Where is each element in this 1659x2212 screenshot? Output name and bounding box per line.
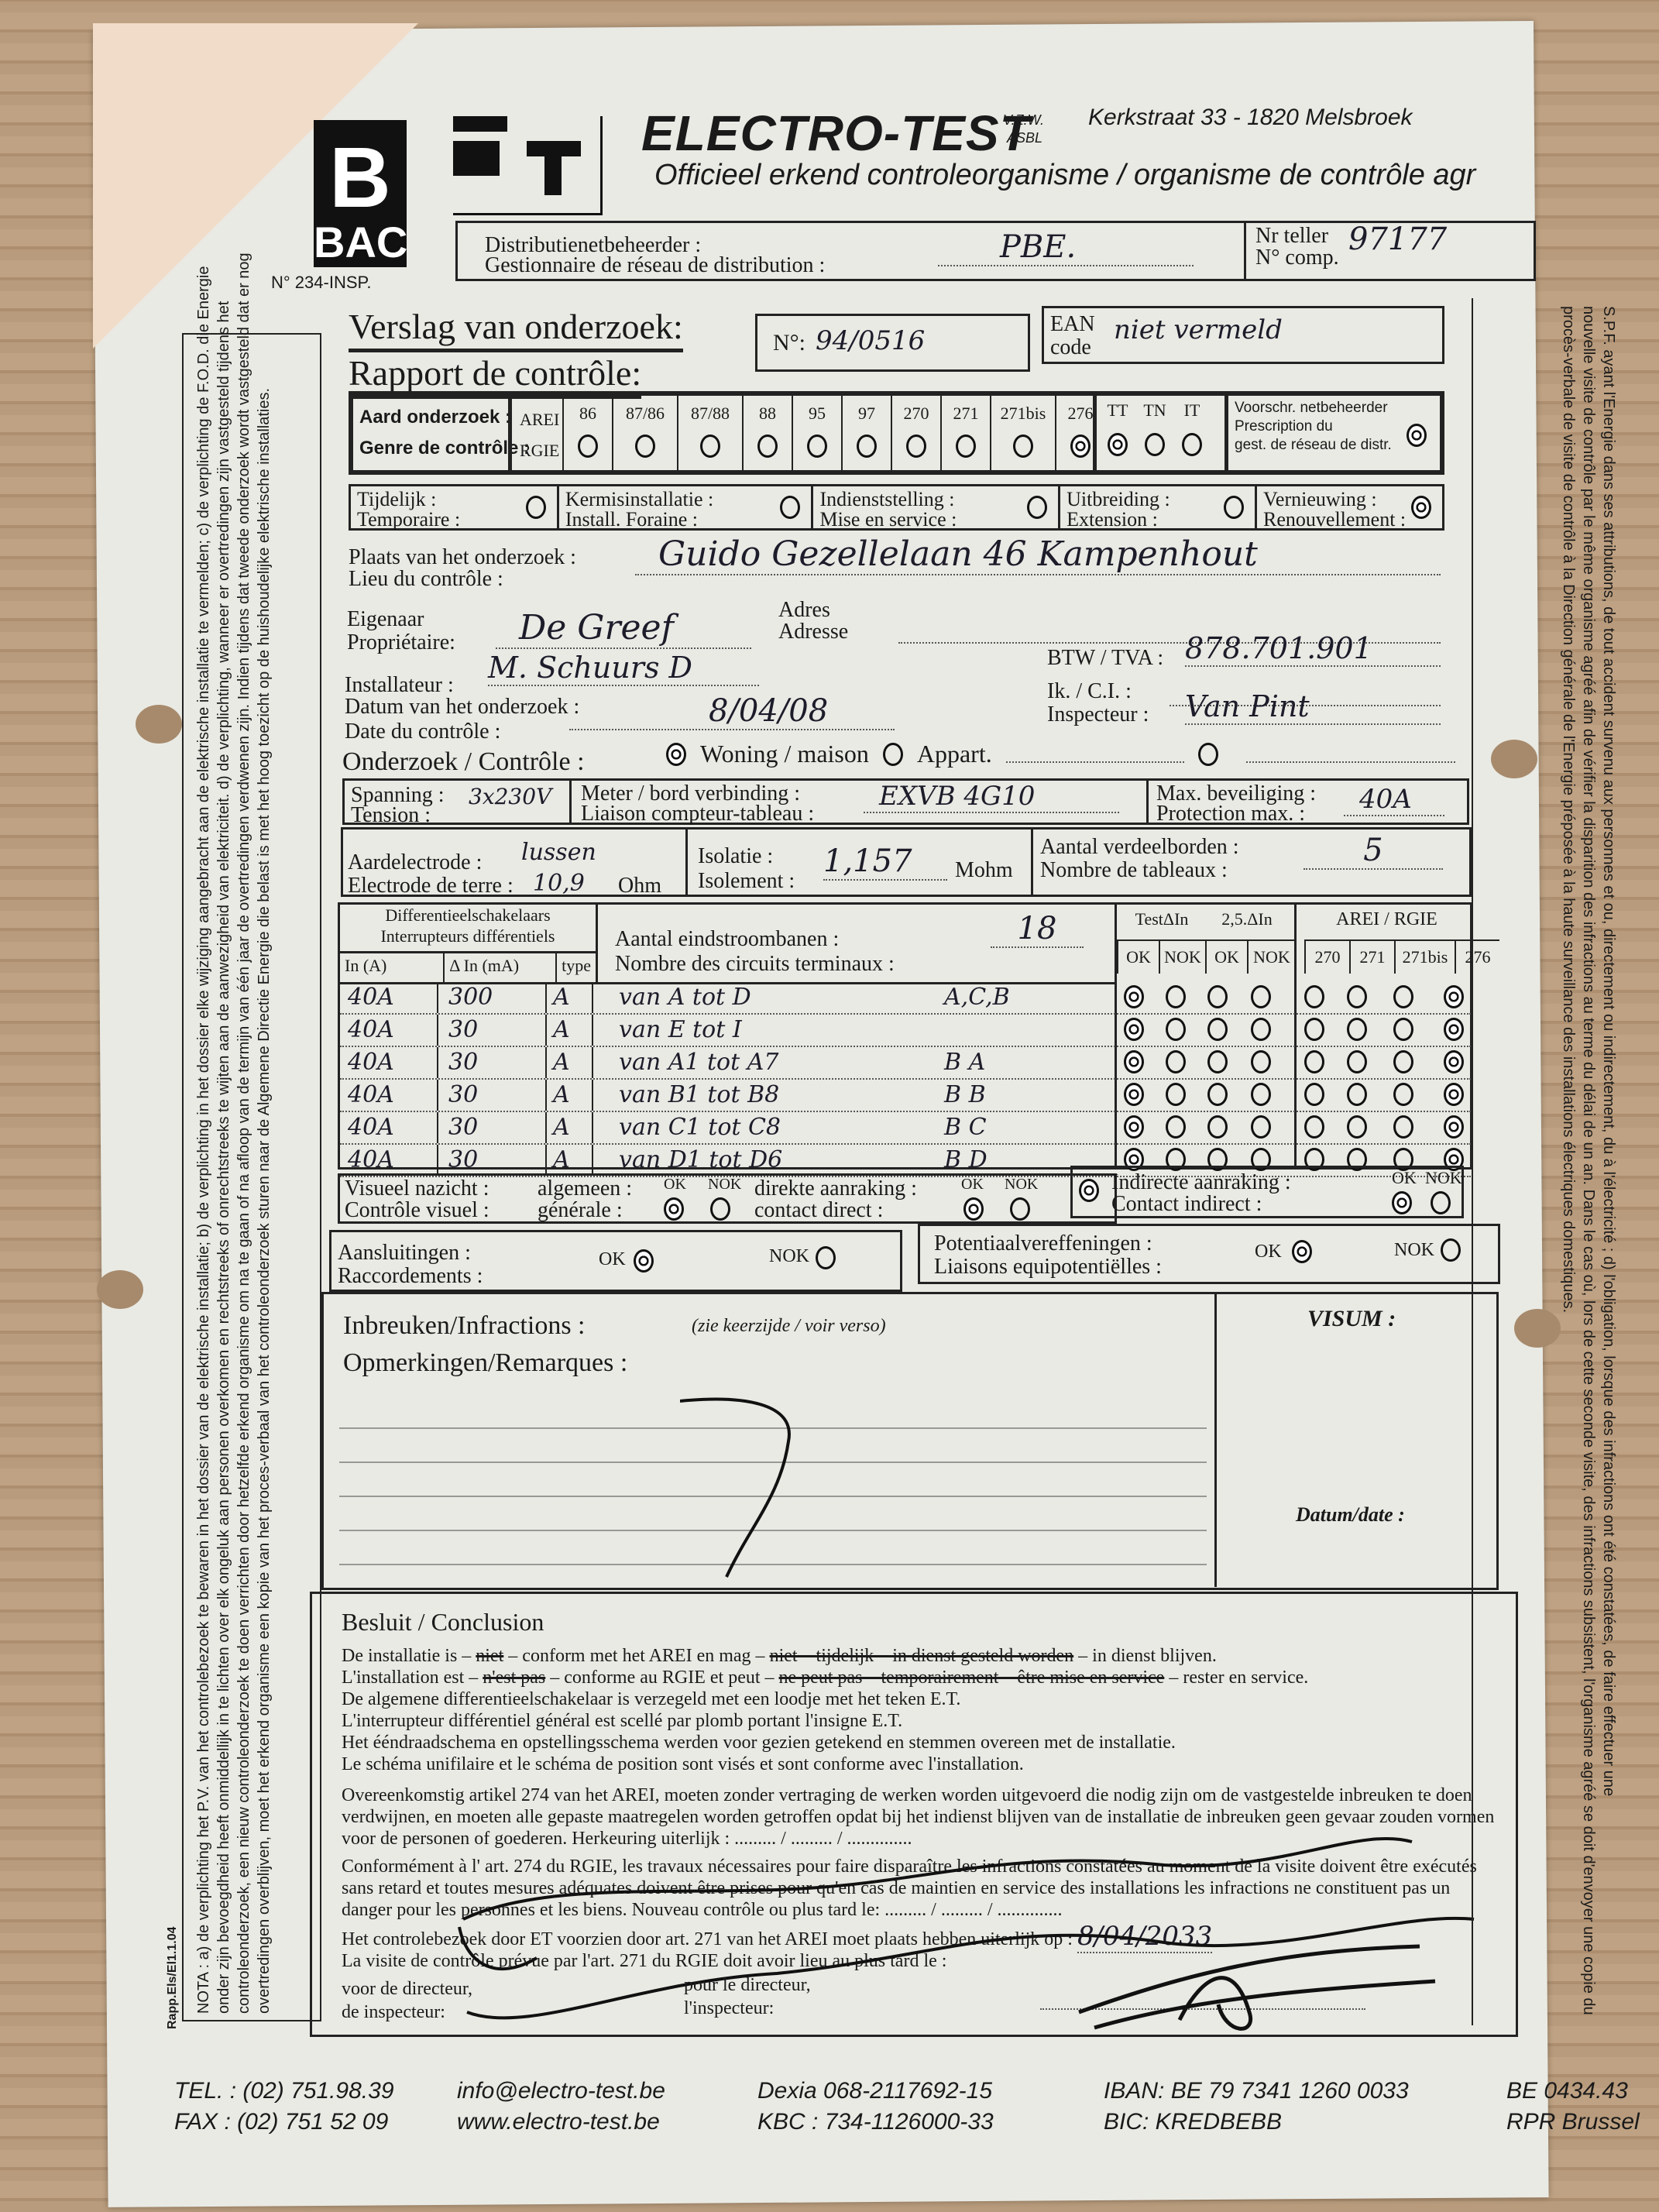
rcd-check-radio[interactable]	[1347, 1018, 1367, 1041]
rcd-type[interactable]: A	[553, 1049, 584, 1076]
control-date-value[interactable]: 8/04/08	[569, 693, 895, 730]
rcd-subheader: NOK	[1247, 939, 1295, 974]
rcd-section: DifferentieelschakelaarsInterrupteurs di…	[338, 902, 1472, 1170]
rcd-in[interactable]: 40A	[348, 1114, 402, 1141]
control-type-radio[interactable]	[578, 434, 598, 458]
ean-code-label: code	[1050, 336, 1091, 359]
rcd-check-radio[interactable]	[1124, 1083, 1144, 1106]
rcd-title: DifferentieelschakelaarsInterrupteurs di…	[340, 905, 598, 953]
rcd-check-radio[interactable]	[1251, 1083, 1271, 1106]
vat-label: BTW / TVA :	[1047, 647, 1163, 670]
footer-vat: BE 0434.43RPR Brussel	[1506, 2076, 1640, 2138]
control-type-radio[interactable]	[1013, 434, 1033, 458]
circuits-count-value[interactable]: 18	[991, 911, 1084, 948]
control-type-option: 276	[1055, 396, 1104, 470]
rcd-row: 40A30Avan C1 tot C8B C	[340, 1112, 1471, 1145]
control-kind-radio[interactable]	[1198, 743, 1218, 766]
rcd-row: 40A30Avan E tot I	[340, 1015, 1471, 1047]
col-in: In (A)	[340, 951, 445, 982]
rcd-in[interactable]: 40A	[348, 1081, 402, 1108]
installation-type-option[interactable]: Kermisinstallatie :Install. Foraine :	[559, 486, 814, 528]
installation-type-radio[interactable]	[526, 496, 546, 519]
indirect-ok-radio[interactable]	[1392, 1191, 1412, 1214]
accreditation-number: N° 234-INSP.	[271, 273, 371, 293]
inspector-label: Inspecteur :	[1047, 703, 1149, 726]
direct-nok-radio[interactable]	[1010, 1197, 1030, 1221]
equipotential-box: Potentiaalvereffeningen : Liaisons equip…	[918, 1224, 1500, 1284]
punch-hole	[1514, 1309, 1561, 1348]
col-type: type	[557, 951, 596, 982]
rcd-check-radio[interactable]	[1207, 1083, 1228, 1106]
distribution-operator-value[interactable]: PBE.	[938, 229, 1194, 266]
direct-ok-radio[interactable]	[963, 1197, 984, 1221]
general-ok-radio[interactable]	[664, 1197, 684, 1221]
right-note-divider	[1472, 298, 1473, 2025]
installation-type-option[interactable]: Indienststelling :Mise en service :	[813, 486, 1060, 528]
indirect-contact-box: Indirecte aanraking : Contact indirect :…	[1070, 1166, 1464, 1218]
rcd-check-radio[interactable]	[1444, 1115, 1464, 1139]
infractions-title: Inbreuken/Infractions :	[343, 1311, 586, 1341]
bac-accreditation-logo: B BAC	[314, 120, 407, 267]
rcd-din[interactable]: 30	[448, 1049, 510, 1076]
meter-number-label-fr: N° comp.	[1255, 246, 1339, 270]
connections-ok-radio[interactable]	[634, 1249, 654, 1273]
rcd-din[interactable]: 30	[448, 1146, 510, 1173]
vat-value[interactable]: 878.701.901	[1185, 631, 1441, 667]
control-type-option: 87/86	[612, 396, 677, 470]
control-type-option: 271	[940, 396, 990, 470]
equipotential-ok-radio[interactable]	[1292, 1240, 1312, 1263]
signature-nl: voor de directeur,de inspecteur:	[342, 1977, 472, 2024]
left-nota: NOTA : a) de verplichting het P.V. van h…	[194, 341, 274, 2014]
rcd-check-radio[interactable]	[1393, 1018, 1413, 1041]
rcd-subheaders: OKNOKOKNOK270271271bis276	[1117, 939, 1499, 974]
rcd-din[interactable]: 300	[448, 984, 510, 1011]
rcd-row: 40A30Avan A1 tot A7B A	[340, 1047, 1471, 1080]
rcd-desc[interactable]: van E tot I	[619, 1016, 913, 1043]
rcd-check-radio[interactable]	[1207, 1050, 1228, 1073]
distribution-box: Distributienetbeheerder : Gestionnaire d…	[455, 221, 1536, 281]
direct-contact-label-fr: contact direct :	[754, 1199, 883, 1222]
ean-code-value[interactable]: niet vermeld	[1114, 314, 1283, 345]
earthing-radio[interactable]	[1145, 433, 1165, 456]
earthing-option: TN	[1142, 400, 1168, 456]
rcd-board[interactable]: A,C,B	[944, 984, 1060, 1011]
punch-hole	[97, 1270, 143, 1309]
address-label-nl: Adres	[778, 599, 830, 622]
punch-hole	[136, 705, 182, 744]
rcd-in[interactable]: 40A	[348, 1146, 402, 1173]
owner-value[interactable]: De Greef	[496, 608, 751, 649]
rcd-check-radio[interactable]	[1304, 1083, 1324, 1106]
meter-link-label-fr: Liaison compteur-tableau :	[581, 802, 814, 826]
rcd-desc[interactable]: van B1 tot B8	[619, 1081, 913, 1108]
equipotential-label-fr: Liaisons equipotentiëlles :	[934, 1255, 1162, 1279]
rcd-check-radio[interactable]	[1444, 1050, 1464, 1073]
control-type-option: 95	[792, 396, 841, 470]
rcd-rows: 40A300Avan A tot DA,C,B40A30Avan E tot I…	[340, 982, 1471, 1177]
form-code: Rapp.Els/El1.1.04	[163, 1926, 183, 2029]
prescription-label: Voorschr. netbeheerder Prescription du g…	[1235, 399, 1392, 455]
control-type-radio[interactable]	[757, 434, 778, 458]
report-number-label: N°:	[773, 330, 805, 356]
remarks-title: Opmerkingen/Remarques :	[343, 1348, 627, 1378]
org-subtitle: Officieel erkend controleorganisme / org…	[654, 159, 1475, 192]
rcd-desc[interactable]: van D1 tot D6	[619, 1146, 913, 1173]
insulation-label-nl: Isolatie :	[698, 845, 773, 868]
rcd-check-radio[interactable]	[1251, 1115, 1271, 1139]
rcd-check-radio[interactable]	[1251, 1050, 1271, 1073]
prescription-radio[interactable]	[1407, 424, 1427, 447]
earth-resistance-unit: Ohm	[618, 874, 661, 898]
address-label-fr: Adresse	[778, 620, 848, 644]
report-title-nl: Verslag van onderzoek:	[349, 306, 683, 352]
rcd-din[interactable]: 30	[448, 1081, 510, 1108]
rcd-row: 40A300Avan A tot DA,C,B	[340, 982, 1471, 1015]
visual-label-nl: Visueel nazicht :	[345, 1177, 489, 1200]
rcd-row: 40A30Avan B1 tot B8B B	[340, 1080, 1471, 1112]
installation-type-option[interactable]: Vernieuwing :Renouvellement :	[1257, 486, 1442, 528]
installation-type-option[interactable]: Uitbreiding :Extension :	[1060, 486, 1257, 528]
earth-electrode-type[interactable]: lussen	[521, 839, 596, 866]
general-label-fr: générale :	[538, 1199, 623, 1222]
rcd-check-radio[interactable]	[1207, 1018, 1228, 1041]
rcd-check-radio[interactable]	[1347, 985, 1367, 1008]
rcd-type[interactable]: A	[553, 1081, 584, 1108]
rcd-desc[interactable]: van A tot D	[619, 984, 913, 1011]
inspector-signature[interactable]	[1048, 1927, 1451, 2035]
arei-label: AREI	[520, 410, 559, 430]
max-protection-label-fr: Protection max. :	[1156, 802, 1305, 826]
rcd-check-radio[interactable]	[1304, 1050, 1324, 1073]
location-label-fr: Lieu du contrôle :	[349, 568, 503, 591]
remarks-strike-mark	[680, 1395, 804, 1581]
rcd-check-radio[interactable]	[1347, 1083, 1367, 1106]
footer-bank: Dexia 068-2117692-15KBC : 734-1126000-33	[757, 2076, 994, 2138]
control-kind-label: Onderzoek / Contrôle :	[342, 747, 585, 777]
rcd-check-radio[interactable]	[1444, 1018, 1464, 1041]
control-type-radio[interactable]	[956, 434, 976, 458]
rcd-desc[interactable]: van A1 tot A7	[619, 1049, 913, 1076]
rcd-board[interactable]: B A	[944, 1049, 1060, 1076]
rcd-check-radio[interactable]	[1347, 1115, 1367, 1139]
org-name: ELECTRO-TEST	[641, 105, 1031, 162]
rcd-type[interactable]: A	[553, 1146, 584, 1173]
indirect-selected-radio[interactable]	[1079, 1179, 1099, 1202]
control-type-option: 271bis	[990, 396, 1055, 470]
rcd-type[interactable]: A	[553, 984, 584, 1011]
installation-type-radio[interactable]	[1224, 496, 1244, 519]
control-type-option: 88	[742, 396, 792, 470]
control-kind-radio[interactable]	[666, 743, 686, 766]
rcd-desc[interactable]: van C1 tot C8	[619, 1114, 913, 1141]
col-delta-in: Δ In (mA)	[445, 951, 557, 982]
rcd-in[interactable]: 40A	[348, 984, 402, 1011]
rcd-columns: In (A) Δ In (mA) type	[340, 951, 598, 984]
rcd-subheader: 270	[1304, 939, 1349, 974]
boards-count-label-nl: Aantal verdeelborden :	[1040, 836, 1239, 859]
rcd-subheader: OK	[1205, 939, 1247, 974]
rcd-board[interactable]: B D	[944, 1146, 1060, 1173]
rcd-check-radio[interactable]	[1124, 1115, 1144, 1139]
rcd-type[interactable]: A	[553, 1114, 584, 1141]
control-type-option: 97	[841, 396, 891, 470]
rcd-board[interactable]: B B	[944, 1081, 1060, 1108]
ci-label: Ik. / C.I. :	[1047, 680, 1132, 703]
connections-label-nl: Aansluitingen :	[338, 1242, 471, 1265]
control-kind-radio[interactable]	[883, 743, 903, 766]
control-type-radio[interactable]	[635, 434, 655, 458]
org-type-fr: ASBL	[1007, 130, 1042, 146]
distribution-label-fr: Gestionnaire de réseau de distribution :	[485, 254, 825, 277]
control-kind-label: Appart.	[917, 740, 992, 768]
rcd-check-radio[interactable]	[1166, 1050, 1186, 1073]
rcd-in[interactable]: 40A	[348, 1016, 402, 1043]
control-type-radio[interactable]	[906, 434, 926, 458]
control-type-options: 8687/8687/88889597270271271bis276	[562, 396, 1104, 470]
org-type-nl: V.Z.W.	[1003, 112, 1044, 129]
inspector-value[interactable]: Van Pint	[1185, 689, 1441, 725]
visual-inspection-box: Visueel nazicht : Contrôle visuel : alge…	[338, 1173, 1117, 1224]
earth-electrode-label-nl: Aardelectrode :	[348, 851, 482, 874]
rcd-check-radio[interactable]	[1166, 985, 1186, 1008]
rgie-label: RGIE	[520, 441, 559, 461]
rcd-check-radio[interactable]	[1166, 1115, 1186, 1139]
rcd-type[interactable]: A	[553, 1016, 584, 1043]
insulation-label-fr: Isolement :	[698, 870, 795, 893]
rcd-check-radio[interactable]	[1251, 985, 1271, 1008]
indirect-label-fr: Contact indirect :	[1111, 1193, 1262, 1216]
footer-phone: TEL. : (02) 751.98.39FAX : (02) 751 52 0…	[174, 2076, 394, 2138]
installation-type-option[interactable]: Tijdelijk :Temporaire :	[351, 486, 559, 528]
footer-web: info@electro-test.bewww.electro-test.be	[457, 2076, 665, 2138]
control-type-label-nl: Aard onderzoek :	[359, 407, 511, 428]
rcd-check-radio[interactable]	[1304, 985, 1324, 1008]
rcd-check-radio[interactable]	[1347, 1050, 1367, 1073]
installation-type-radio[interactable]	[1027, 496, 1047, 519]
control-kind-label: Woning / maison	[700, 740, 869, 768]
control-type-option: 86	[562, 396, 612, 470]
ean-code-box: EAN code niet vermeld	[1042, 306, 1444, 364]
voltage-value[interactable]: 3x230V	[469, 784, 551, 809]
rcd-subheader: 271	[1349, 939, 1394, 974]
indirect-label-nl: Indirecte aanraking :	[1111, 1171, 1291, 1194]
right-nota: S.P.F. ayant l'Energie dans ses attribut…	[1558, 306, 1619, 2049]
date-label-fr: Date du contrôle :	[345, 720, 500, 744]
insulation-value[interactable]: 1,157	[823, 843, 947, 881]
control-type-radio[interactable]	[807, 434, 827, 458]
owner-label-fr: Propriétaire:	[347, 631, 455, 654]
org-address: Kerkstraat 33 - 1820 Melsbroek	[1088, 105, 1413, 131]
earth-electrode-label-fr: Electrode de terre :	[348, 874, 513, 898]
rcd-check-radio[interactable]	[1393, 1083, 1413, 1106]
control-kind-options: Woning / maisonAppart.	[666, 740, 1455, 768]
meter-number-value[interactable]: 97177	[1348, 222, 1447, 257]
report-number-value[interactable]: 94/0516	[816, 325, 925, 356]
date-label-nl: Datum van het onderzoek :	[345, 696, 579, 719]
rcd-check-radio[interactable]	[1166, 1018, 1186, 1041]
direct-contact-label-nl: direkte aanraking :	[754, 1177, 917, 1200]
earth-insulation-row: Aardelectrode : Electrode de terre : lus…	[341, 827, 1472, 897]
connections-label-fr: Raccordements :	[338, 1265, 483, 1288]
earthing-radio[interactable]	[1108, 433, 1128, 456]
installer-label: Installateur :	[345, 674, 454, 697]
arei-rgie-header: AREI / RGIE	[1303, 909, 1470, 930]
et-logo	[453, 116, 603, 215]
rcd-check-radio[interactable]	[1304, 1018, 1324, 1041]
location-value[interactable]: Guido Gezellelaan 46 Kampenhout	[635, 534, 1441, 575]
equipotential-label-nl: Potentiaalvereffeningen :	[934, 1232, 1152, 1255]
installation-type-radio[interactable]	[1411, 496, 1431, 519]
general-nok-radio[interactable]	[710, 1197, 730, 1221]
control-type-option: 87/88	[677, 396, 742, 470]
rcd-subheader: NOK	[1159, 939, 1205, 974]
earth-resistance-value[interactable]: 10,9	[533, 870, 585, 897]
control-type-box: Aard onderzoek : Genre de contrôle : ARE…	[349, 391, 1444, 475]
max-protection-value[interactable]: 40A	[1344, 784, 1444, 816]
insulation-unit: Mohm	[955, 859, 1013, 882]
report-number-box: N°: 94/0516	[755, 314, 1030, 372]
rcd-check-radio[interactable]	[1166, 1083, 1186, 1106]
installation-type-row: Tijdelijk :Temporaire :Kermisinstallatie…	[349, 484, 1444, 531]
control-type-radio[interactable]	[700, 434, 720, 458]
control-type-label-fr: Genre de contrôle :	[359, 438, 530, 459]
rcd-din[interactable]: 30	[448, 1114, 510, 1141]
boards-count-label-fr: Nombre de tableaux :	[1040, 859, 1228, 882]
meter-link-value[interactable]: EXVB 4G10	[864, 781, 1119, 813]
punch-hole	[1491, 740, 1537, 778]
rcd-subheader: 276	[1455, 939, 1499, 974]
rcd-subheader: OK	[1117, 939, 1159, 974]
visum-date-label: Datum/date :	[1296, 1503, 1405, 1527]
earthing-radio[interactable]	[1182, 433, 1202, 456]
earthing-option: IT	[1179, 400, 1205, 456]
control-type-radio[interactable]	[1070, 434, 1091, 458]
circuits-label-nl: Aantal eindstroombanen :	[615, 928, 839, 951]
rcd-board[interactable]: B C	[944, 1114, 1060, 1141]
rcd-check-radio[interactable]	[1393, 985, 1413, 1008]
rcd-check-radio[interactable]	[1124, 1018, 1144, 1041]
connections-nok-radio[interactable]	[816, 1246, 836, 1269]
infractions-note: (zie keerzijde / voir verso)	[692, 1316, 886, 1337]
rcd-check-radio[interactable]	[1207, 985, 1228, 1008]
rcd-check-radio[interactable]	[1251, 1018, 1271, 1041]
indirect-nok-radio[interactable]	[1431, 1191, 1451, 1214]
meter-number-label-nl: Nr teller	[1255, 225, 1328, 248]
rcd-check-radio[interactable]	[1124, 1050, 1144, 1073]
bac-logo-text: BAC	[314, 217, 407, 267]
control-type-radio[interactable]	[857, 434, 877, 458]
footer-iban: IBAN: BE 79 7341 1260 0033BIC: KREDBEBB	[1104, 2076, 1409, 2138]
rcd-check-radio[interactable]	[1444, 1083, 1464, 1106]
signature-fr: pour le directeur,l'inspecteur:	[684, 1973, 811, 2020]
ean-label: EAN	[1050, 313, 1095, 336]
rcd-din[interactable]: 30	[448, 1016, 510, 1043]
earthing-system-options: TTTNIT	[1104, 400, 1205, 456]
conclusion-box: Besluit / Conclusion De installatie is –…	[310, 1592, 1518, 2037]
rcd-check-radio[interactable]	[1444, 985, 1464, 1008]
installer-value[interactable]: M. Schuurs D	[488, 651, 759, 686]
rcd-check-radio[interactable]	[1393, 1115, 1413, 1139]
rcd-check-radio[interactable]	[1304, 1115, 1324, 1139]
location-label-nl: Plaats van het onderzoek :	[349, 546, 576, 569]
rcd-check-radio[interactable]	[1393, 1050, 1413, 1073]
infractions-box: Inbreuken/Infractions : (zie keerzijde /…	[321, 1292, 1499, 1590]
boards-count-value[interactable]: 5	[1303, 833, 1443, 870]
rcd-in[interactable]: 40A	[348, 1049, 402, 1076]
circuits-label-fr: Nombre des circuits terminaux :	[615, 953, 895, 976]
visual-label-fr: Contrôle visuel :	[345, 1199, 489, 1222]
test-headers: TestΔIn 2,5.ΔIn	[1119, 909, 1293, 929]
owner-label-nl: Eigenaar	[347, 608, 424, 631]
rcd-check-radio[interactable]	[1207, 1115, 1228, 1139]
rcd-check-radio[interactable]	[1124, 985, 1144, 1008]
general-label-nl: algemeen :	[538, 1177, 632, 1200]
equipotential-nok-radio[interactable]	[1441, 1238, 1461, 1262]
earthing-option: TT	[1104, 400, 1131, 456]
voltage-label-fr: Tension :	[351, 804, 431, 827]
voltage-row: Spanning : Tension : 3x230V Meter / bord…	[342, 778, 1469, 825]
connections-box: Aansluitingen : Raccordements : OK NOK	[329, 1230, 902, 1292]
control-type-option: 270	[891, 396, 940, 470]
rcd-subheader: 271bis	[1394, 939, 1455, 974]
visum-label: VISUM :	[1307, 1306, 1396, 1332]
